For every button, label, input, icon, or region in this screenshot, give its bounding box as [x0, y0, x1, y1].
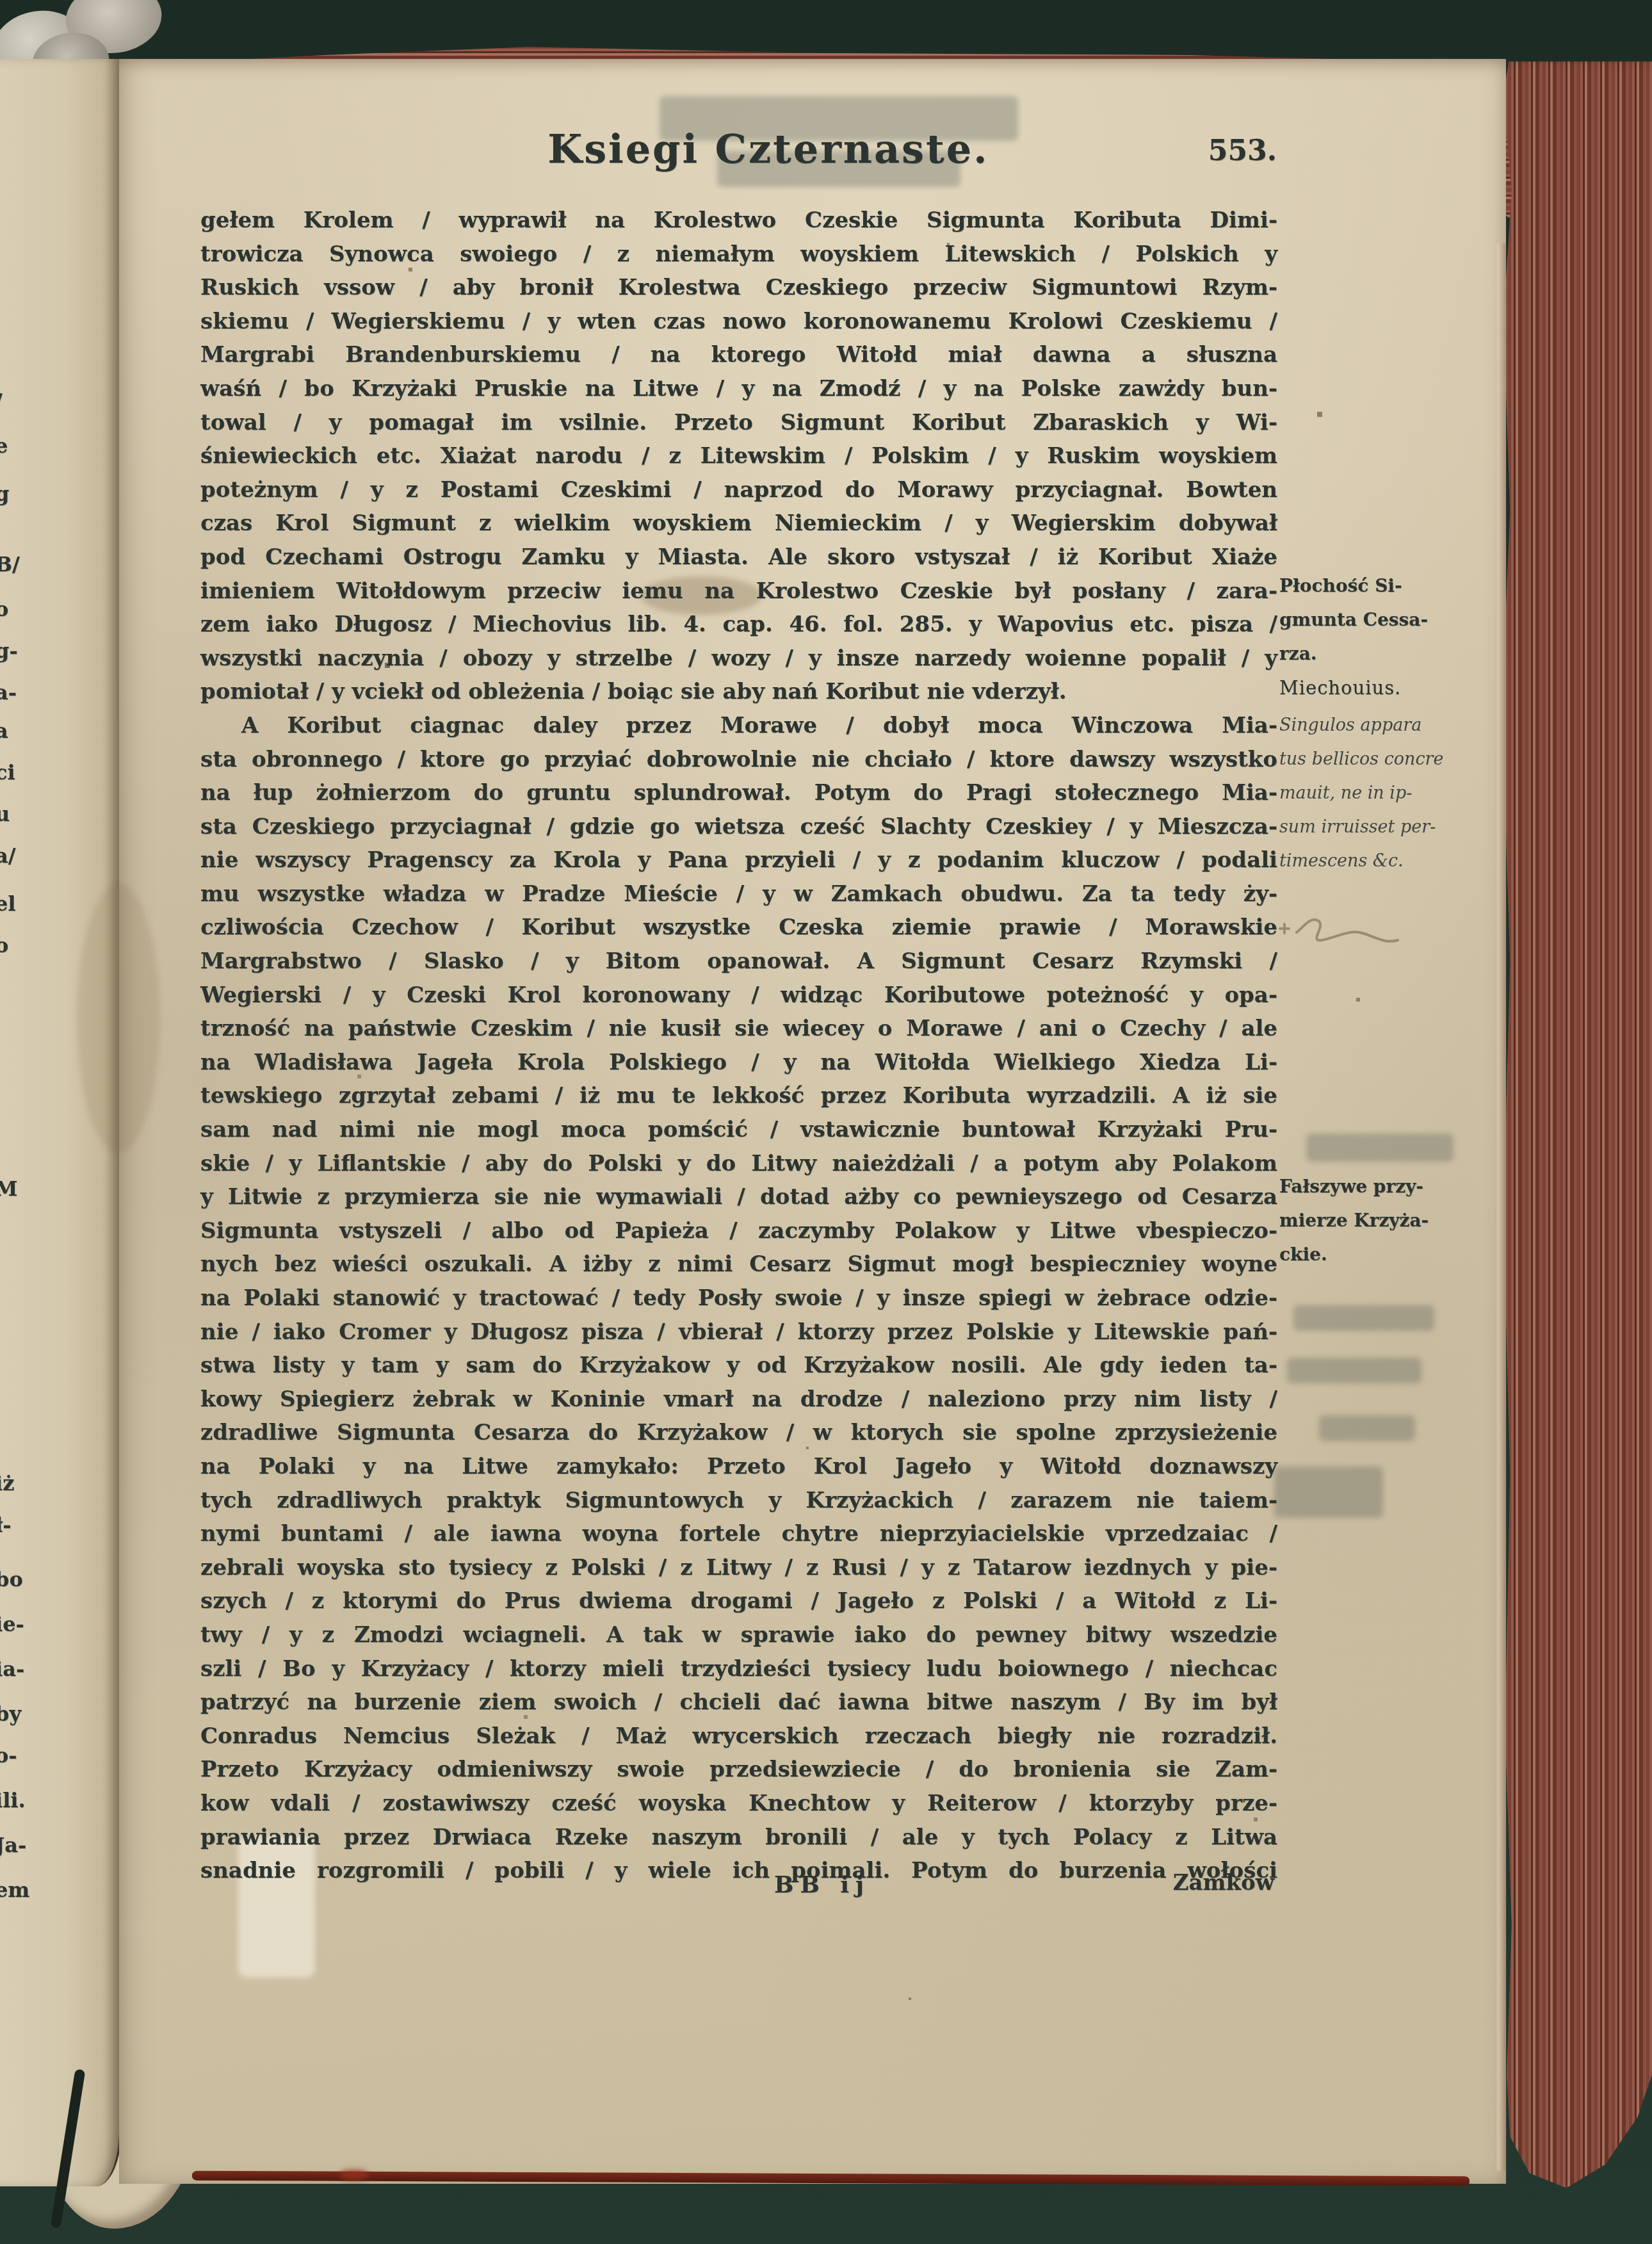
text-line: kow vdali / zostawiwszy cześć woyska Kne…	[200, 1787, 1277, 1821]
text-line: Conradus Nemcius Sleżak / Maż wrycerskic…	[200, 1720, 1277, 1753]
clipped-print-fragment: a-	[0, 680, 17, 704]
clipped-print-fragment: o	[0, 597, 8, 621]
text-line: mu wszystke władza w Pradze Mieście / y …	[200, 877, 1277, 911]
clipped-print-fragment: ie-	[0, 1612, 24, 1636]
text-line: Margrabi Brandenburskiemu / na ktorego W…	[200, 338, 1277, 372]
text-line: nie wszyscy Pragenscy za Krola y Pana pr…	[200, 843, 1277, 877]
margin-note-line: tus bellicos concre	[1279, 742, 1494, 776]
book-photograph: /egB/og-a-aciua/eloMiżł-boie-ia-byo-ili.…	[0, 0, 1652, 2244]
text-line: wszystki naczynia / obozy y strzelbe / w…	[200, 642, 1277, 676]
clipped-print-fragment: ci	[0, 760, 15, 785]
text-line: zem iako Długosz / Miechovius lib. 4. ca…	[200, 608, 1277, 642]
margin-note-line: mauit, ne in ip-	[1279, 776, 1494, 810]
text-line: trzność na państwie Czeskim / nie kusił …	[200, 1012, 1277, 1046]
text-line: poteżnym / y z Postami Czeskimi / naprzo…	[200, 473, 1277, 507]
margin-note-latin-citation: Singulos apparatus bellicos concremauit,…	[1279, 708, 1494, 878]
margin-note-line: Singulos appara	[1279, 708, 1494, 742]
text-line: szli / Bo y Krzyżacy / ktorzy mieli trzy…	[200, 1652, 1277, 1686]
text-line: na Polaki stanowić y tractować / tedy Po…	[200, 1281, 1277, 1315]
text-line: na łup żołnierzom do gruntu splundrował.…	[200, 776, 1277, 810]
margin-note-line: Miechouius.	[1279, 671, 1494, 705]
catchword: Zamkow	[999, 1870, 1274, 1896]
text-line: Margrabstwo / Slasko / y Bitom opanował.…	[200, 945, 1277, 979]
text-line: zdradliwe Sigmunta Cesarza do Krzyżakow …	[200, 1416, 1277, 1450]
clipped-print-fragment: a	[0, 719, 8, 743]
text-line: nie / iako Cromer y Długosz pisza / vbie…	[200, 1315, 1277, 1349]
red-edge-smudge	[339, 2170, 369, 2180]
clipped-print-fragment: a/	[0, 843, 15, 868]
text-line: towal / y pomagał im vsilnie. Przeto Sig…	[200, 406, 1277, 440]
text-line: czliwościa Czechow / Koribut wszystke Cz…	[200, 911, 1277, 945]
handwritten-annotation	[1271, 895, 1437, 966]
text-line: nymi buntami / ale iawna woyna fortele c…	[200, 1517, 1277, 1551]
clipped-print-fragment: M	[0, 1176, 17, 1201]
text-line: pomiotał / y vciekł od obleżenia / boiąc…	[200, 675, 1277, 709]
text-line: Wegierski / y Czeski Krol koronowany / w…	[200, 979, 1277, 1012]
clipped-print-fragment: o	[0, 933, 8, 957]
clipped-print-fragment: g-	[0, 638, 18, 663]
text-line: czas Krol Sigmunt z wielkim woyskiem Nie…	[200, 507, 1277, 541]
text-line: Ruskich vssow / aby bronił Krolestwa Cze…	[200, 271, 1277, 305]
show-through-ghost	[1287, 1358, 1421, 1383]
margin-note-line: Fałszywe przy-	[1279, 1169, 1494, 1203]
text-line: skiemu / Wegierskiemu / y wten czas nowo…	[200, 305, 1277, 339]
text-line: śniewieckich etc. Xiażat narodu / z Lite…	[200, 439, 1277, 473]
margin-note-line: Płochość Si-	[1279, 569, 1494, 603]
text-line: tewskiego zgrzytał zebami / iż mu te lek…	[200, 1079, 1277, 1113]
clipped-print-fragment: bo	[0, 1567, 23, 1591]
text-line: skie / y Liflantskie / aby do Polski y d…	[200, 1147, 1277, 1181]
text-line: trowicza Synowca swoiego / z niemałym wo…	[200, 238, 1277, 272]
text-line: patrzyć na burzenie ziem swoich / chciel…	[200, 1686, 1277, 1720]
clipped-print-fragment: by	[0, 1702, 21, 1726]
text-line: nych bez wieści oszukali. A iżby z nimi …	[200, 1248, 1277, 1281]
text-line: szych / z ktorymi do Prus dwiema drogami…	[200, 1584, 1277, 1618]
text-line: na Wladisława Jageła Krola Polskiego / y…	[200, 1046, 1277, 1080]
book-fore-edge-stack	[1491, 61, 1652, 2203]
clipped-print-fragment: g	[0, 482, 9, 506]
text-line: A Koribut ciagnac daley przez Morawe / d…	[200, 709, 1277, 743]
clipped-print-fragment: el	[0, 891, 16, 916]
margin-note-line: mierze Krzyża-	[1279, 1203, 1494, 1237]
water-stain	[77, 884, 160, 1153]
text-line: sam nad nimi nie mogl moca pomścić / vst…	[200, 1113, 1277, 1147]
margin-note-line: ckie.	[1279, 1237, 1494, 1271]
running-title: Ksiegi Czternaste.	[231, 126, 1306, 172]
text-line: na Polaki y na Litwe zamykało: Przeto Kr…	[200, 1450, 1277, 1484]
text-line: y Litwie z przymierza sie nie wymawiali …	[200, 1180, 1277, 1214]
clipped-print-fragment: ia-	[0, 1657, 24, 1681]
body-text-block: gełem Krolem / wyprawił na Krolestwo Cze…	[200, 204, 1277, 1888]
show-through-ghost	[1319, 1415, 1415, 1441]
clipped-print-fragment: u	[0, 802, 10, 826]
margin-note-line: rza.	[1279, 637, 1494, 671]
clipped-print-fragment: ł-	[0, 1513, 12, 1537]
clipped-print-fragment: o-	[0, 1743, 17, 1768]
margin-note-falszywe-przymierze: Fałszywe przy-mierze Krzyża-ckie.	[1279, 1169, 1494, 1271]
clipped-print-fragment: iż	[0, 1471, 14, 1495]
clipped-print-fragment: B/	[0, 552, 20, 576]
text-line: sta Czeskiego przyciagnał / gdzie go wie…	[200, 810, 1277, 844]
text-line: tych zdradliwych praktyk Sigmuntowych y …	[200, 1484, 1277, 1518]
text-line: Sigmunta vstyszeli / albo od Papieża / z…	[200, 1214, 1277, 1248]
text-line: stwa listy y tam y sam do Krzyżakow y od…	[200, 1349, 1277, 1383]
show-through-ghost	[1306, 1134, 1454, 1162]
page-number: 553.	[1164, 134, 1277, 167]
clipped-print-fragment: Ja-	[0, 1833, 26, 1857]
text-line: kowy Spiegierz żebrak w Koninie vmarł na…	[200, 1383, 1277, 1417]
show-through-ghost	[1274, 1467, 1383, 1518]
page-deckle-edge	[1497, 243, 1506, 2171]
text-line: imieniem Witołdowym przeciw iemu na Krol…	[200, 574, 1277, 608]
margin-note-miechovius: Miechouius.	[1279, 671, 1494, 705]
text-line: waśń / bo Krzyżaki Pruskie na Litwe / y …	[200, 372, 1277, 406]
text-line: gełem Krolem / wyprawił na Krolestwo Cze…	[200, 204, 1277, 238]
clipped-print-fragment: e	[0, 434, 8, 458]
clipped-print-fragment: /	[0, 389, 3, 413]
text-line: zebrali woyska sto tysiecy z Polski / z …	[200, 1551, 1277, 1585]
text-line-list: gełem Krolem / wyprawił na Krolestwo Cze…	[200, 204, 1277, 1888]
clipped-print-fragment: em	[0, 1878, 29, 1902]
paper-specks	[0, 0, 1, 1]
text-line: twy / y z Zmodzi wciagneli. A tak w spra…	[200, 1618, 1277, 1652]
text-line: prawiania przez Drwiaca Rzeke naszym bro…	[200, 1821, 1277, 1855]
signature-mark: BB ij	[726, 1871, 918, 1898]
margin-note-line: timescens &c.	[1279, 844, 1494, 878]
margin-note-plochosc: Płochość Si-gmunta Cessa-rza.	[1279, 569, 1494, 671]
show-through-ghost	[1293, 1305, 1434, 1331]
text-line: pod Czechami Ostrogu Zamku y Miasta. Ale…	[200, 541, 1277, 574]
margin-note-line: sum irruisset per-	[1279, 810, 1494, 844]
clipped-print-fragment: ili.	[0, 1788, 26, 1812]
text-line: Przeto Krzyżacy odmieniwszy swoie przeds…	[200, 1753, 1277, 1787]
margin-note-line: gmunta Cessa-	[1279, 603, 1494, 637]
text-line: sta obronnego / ktore go przyiać dobrowo…	[200, 743, 1277, 777]
